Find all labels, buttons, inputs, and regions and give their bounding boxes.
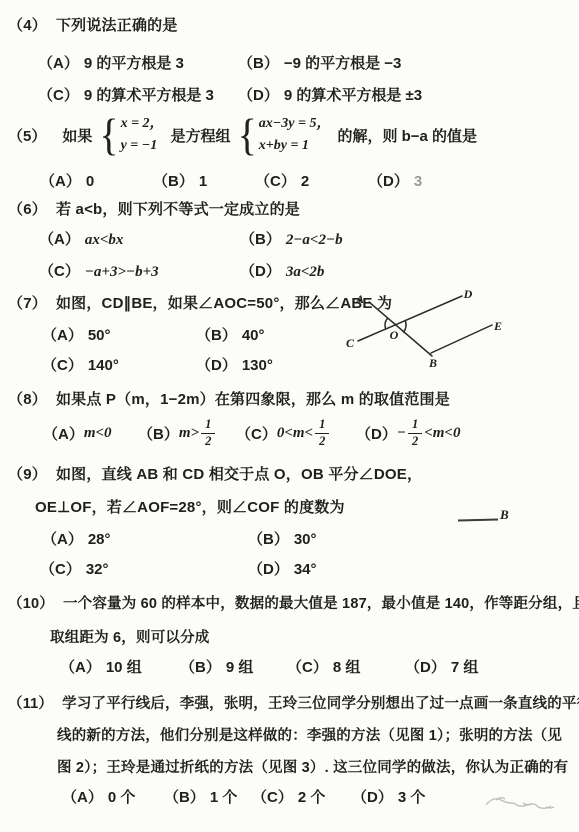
point-label-d: D [463,287,473,301]
q7-option-c: （C）140° [42,354,119,375]
question-9-stem-line2: OE⊥OF，若∠AOF=28°，则∠COF 的度数为 [35,496,345,517]
q11-option-a: （A）0 个 [62,786,135,807]
q6-option-a: （A）ax<bx [39,228,123,249]
fraction: 12 [201,418,215,447]
question-number: （7） [8,295,47,312]
q11-option-c: （C）2 个 [252,786,325,807]
angle-arc-left [385,319,387,330]
question-6-stem: （6）若 a<b，则下列不等式一定成立的是 [8,198,300,219]
question-number: （11） [8,696,53,712]
question-number: （4） [8,17,47,34]
question-number: （8） [8,391,47,408]
q4-option-a: （A）9 的平方根是 3 [38,52,184,73]
point-label-b: B [428,356,437,370]
q5-option-c: （C）2 [255,170,309,191]
q9-option-d: （D）34° [248,558,317,579]
question-11-line1: （11）学习了平行线后，李强，张明，王玲三位同学分别想出了过一点画一条直线的平行 [8,692,579,713]
question-4-stem: （4）下列说法正确的是 [8,14,178,35]
brace-glyph: { [99,115,118,155]
question-11-line2: 线的新的方法，他们分别是这样做的：李强的方法（见图 1）；张明的方法（见 [57,724,562,745]
angle-arc-right [404,321,407,333]
q9-option-c: （C）32° [40,558,109,579]
line-cd [358,296,462,341]
point-label-a: A [355,292,364,306]
question-11-line3: 图 2）；王玲是通过折纸的方法（见图 3）. 这三位同学的做法，你认为正确的有 [57,756,568,777]
q7-option-d: （D）130° [196,354,273,375]
fraction: 12 [408,418,422,447]
q9-option-b: （B）30° [248,528,317,549]
q11-option-d: （D）3 个 [352,786,425,807]
line-ab [369,302,432,356]
q4-option-b: （B）−9 的平方根是 −3 [238,52,401,73]
q5-option-b: （B）1 [153,170,207,191]
question-5-stem: （5） 如果 {x = 2，y = −1 是方程组 {ax−3y = 5，x+b… [8,108,477,162]
fraction: 12 [315,418,329,447]
scanned-test-page: （4）下列说法正确的是 （A）9 的平方根是 3 （B）−9 的平方根是 −3 … [0,0,579,832]
q8-option-d: （D）−12<m<0 [356,410,460,456]
point-label-c: C [346,336,355,350]
q10-option-d: （D）7 组 [405,656,478,677]
question-10-stem-line2: 取组距为 6，则可以分成 [50,626,210,647]
q6-option-b: （B）2−a<2−b [240,228,343,249]
parallel-lines-figure: A D C E O B [338,283,510,375]
q8-option-c: （C）0<m<12 [236,410,331,456]
q10-option-a: （A）10 组 [60,656,142,677]
q5-option-a: （A）0 [40,170,94,191]
q5-option-d: （D）3 [368,170,422,191]
q6-option-c: （C）−a+3>−b+3 [39,260,159,281]
q11-option-b: （B）1 个 [164,786,237,807]
question-7-stem: （7）如图，CD∥BE，如果∠AOC=50°，那么∠ABE 为 [8,292,392,313]
q10-option-b: （B）9 组 [180,656,253,677]
q7-option-b: （B）40° [196,324,265,345]
question-number: （5） [8,125,46,146]
equation-system-1: {x = 2，y = −1 [99,113,163,156]
point-label-b: B [500,507,509,523]
q4-option-c: （C）9 的算术平方根是 3 [38,84,214,105]
q10-option-c: （C）8 组 [287,656,360,677]
q7-option-a: （A）50° [42,324,111,345]
question-10-stem-line1: （10）一个容量为 60 的样本中，数据的最大值是 187，最小值是 140，作… [8,592,579,613]
equation-system-2: {ax−3y = 5，x+by = 1 [238,113,331,156]
brace-glyph: { [238,115,257,155]
question-number: （6） [8,201,47,218]
point-label-o: O [390,328,399,342]
ink-smudge [482,789,567,815]
q9-option-a: （A）28° [42,528,111,549]
question-8-stem: （8）如果点 P（m，1−2m）在第四象限，那么 m 的取值范围是 [8,388,450,409]
q8-option-a: （A）m<0 [43,410,112,456]
question-number: （9） [8,466,47,483]
point-label-e: E [493,319,502,333]
q8-option-b: （B）m>12 [138,410,217,456]
figure-fragment-line [458,518,498,521]
q6-option-d: （D）3a<2b [240,260,324,281]
question-number: （10） [8,596,54,612]
question-9-stem-line1: （9）如图，直线 AB 和 CD 相交于点 O，OB 平分∠DOE， [8,463,422,484]
q4-option-d: （D）9 的算术平方根是 ±3 [238,84,422,105]
ray-be [431,325,492,353]
